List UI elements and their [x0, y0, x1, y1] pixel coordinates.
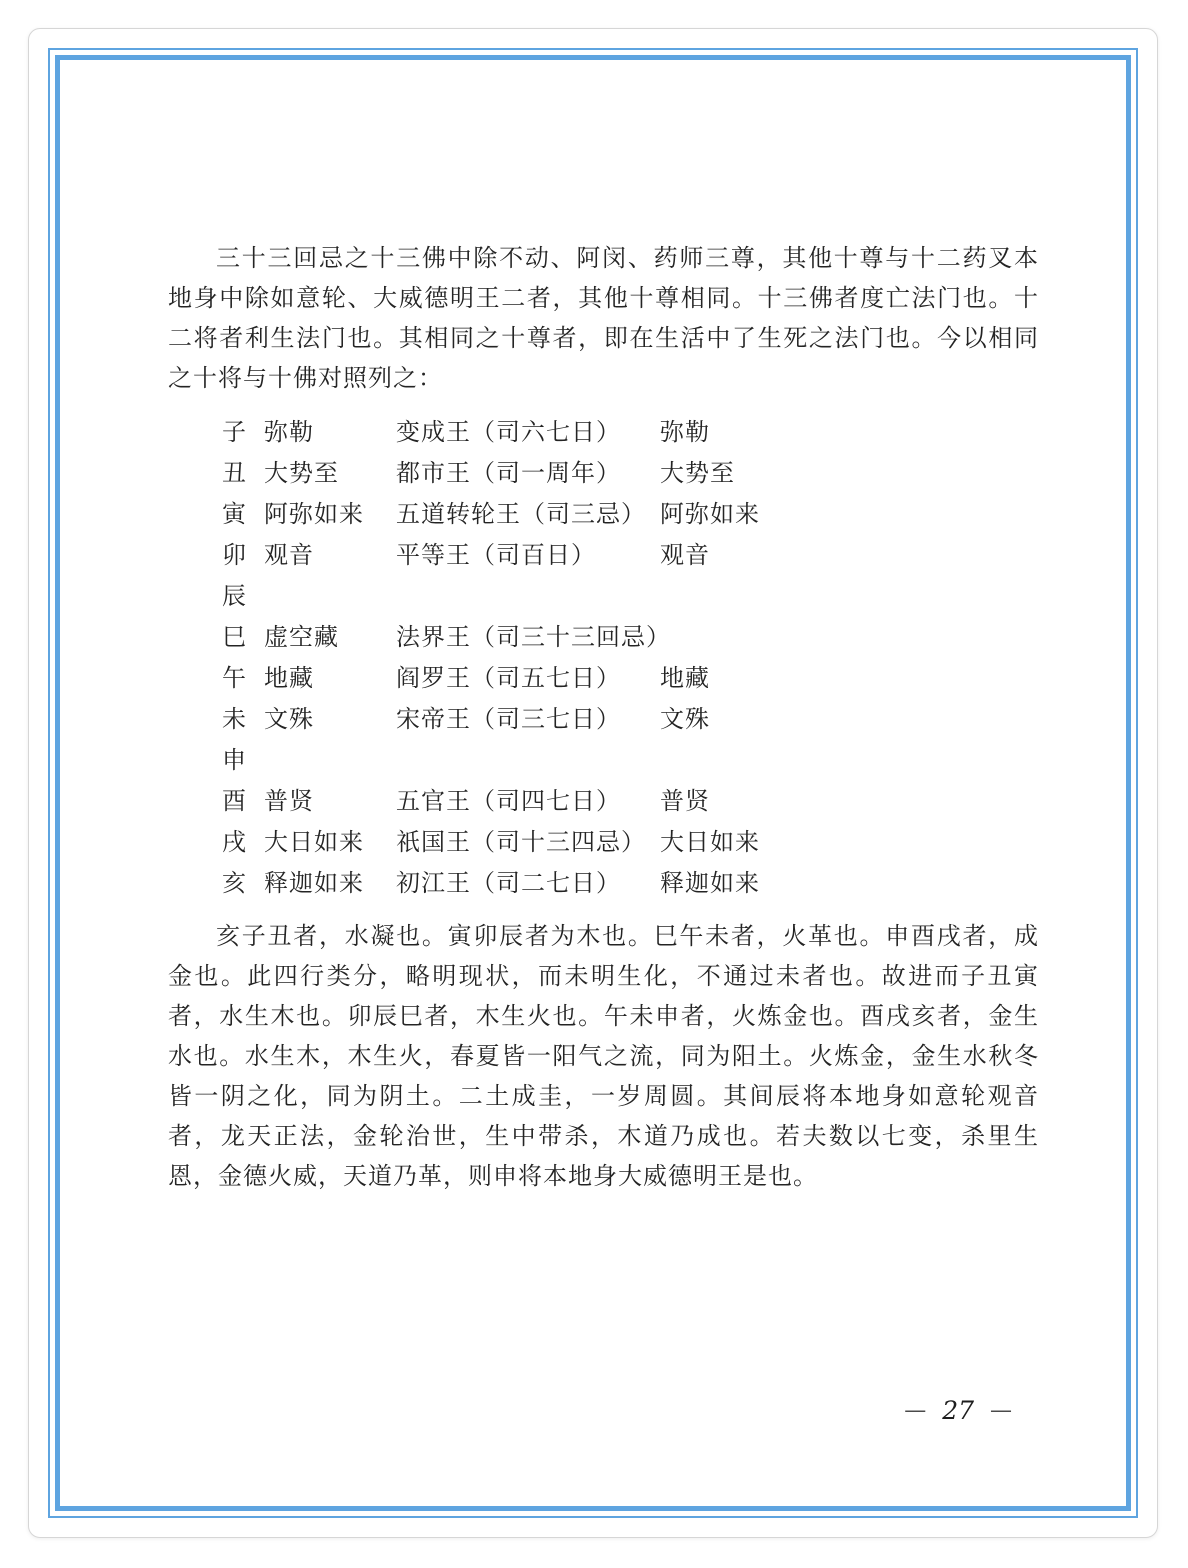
- cell-deity: 观音: [264, 535, 396, 576]
- table-row: 寅 阿弥如来 五道转轮王（司三忌） 阿弥如来: [168, 494, 1039, 535]
- cell-king: 五官王（司四七日）: [396, 781, 660, 822]
- table-row: 辰: [168, 576, 1039, 617]
- decorative-frame-inner: 三十三回忌之十三佛中除不动、阿闵、药师三尊，其他十尊与十二药叉本地身中除如意轮、…: [55, 55, 1131, 1511]
- scanned-book-page: 三十三回忌之十三佛中除不动、阿闵、药师三尊，其他十尊与十二药叉本地身中除如意轮、…: [0, 0, 1188, 1568]
- cell-deity-right: 大日如来: [660, 822, 1039, 863]
- cell-deity: 大势至: [264, 453, 396, 494]
- cell-deity: 大日如来: [264, 822, 396, 863]
- paragraph-intro: 三十三回忌之十三佛中除不动、阿闵、药师三尊，其他十尊与十二药叉本地身中除如意轮、…: [168, 238, 1039, 398]
- table-row: 酉 普贤 五官王（司四七日） 普贤: [168, 781, 1039, 822]
- cell-deity-right: 大势至: [660, 453, 1039, 494]
- cell-deity: 地藏: [264, 658, 396, 699]
- cell-king: 初江王（司二七日）: [396, 863, 660, 904]
- table-row: 卯 观音 平等王（司百日） 观音: [168, 535, 1039, 576]
- cell-deity-right: 阿弥如来: [660, 494, 1039, 535]
- cell-king: 祇国王（司十三四忌）: [396, 822, 660, 863]
- cell-branch: 戌: [222, 822, 264, 863]
- table-row: 未 文殊 宋帝王（司三七日） 文殊: [168, 699, 1039, 740]
- cell-deity: 普贤: [264, 781, 396, 822]
- cell-king: [396, 576, 660, 617]
- cell-branch: 丑: [222, 453, 264, 494]
- page-body: 三十三回忌之十三佛中除不动、阿闵、药师三尊，其他十尊与十二药叉本地身中除如意轮、…: [60, 60, 1126, 1506]
- decorative-frame-outer: 三十三回忌之十三佛中除不动、阿闵、药师三尊，其他十尊与十二药叉本地身中除如意轮、…: [48, 48, 1138, 1518]
- cell-king: 阎罗王（司五七日）: [396, 658, 660, 699]
- cell-deity-right: 弥勒: [660, 412, 1039, 453]
- cell-deity: [264, 740, 396, 781]
- cell-deity: 阿弥如来: [264, 494, 396, 535]
- cell-deity: 文殊: [264, 699, 396, 740]
- cell-branch: 寅: [222, 494, 264, 535]
- cell-branch: 辰: [222, 576, 264, 617]
- cell-king: 变成王（司六七日）: [396, 412, 660, 453]
- cell-deity-right: [660, 576, 1039, 617]
- cell-branch: 酉: [222, 781, 264, 822]
- table-row: 子 弥勒 变成王（司六七日） 弥勒: [168, 412, 1039, 453]
- cell-king: 法界王（司三十三回忌）: [396, 617, 660, 658]
- cell-branch: 巳: [222, 617, 264, 658]
- cell-deity-right: [660, 617, 1039, 658]
- cell-branch: 卯: [222, 535, 264, 576]
- cell-branch: 未: [222, 699, 264, 740]
- cell-king: 都市王（司一周年）: [396, 453, 660, 494]
- cell-deity: 弥勒: [264, 412, 396, 453]
- cell-deity-right: 普贤: [660, 781, 1039, 822]
- cell-deity: [264, 576, 396, 617]
- cell-deity-right: 观音: [660, 535, 1039, 576]
- cell-deity-right: [660, 740, 1039, 781]
- table-row: 丑 大势至 都市王（司一周年） 大势至: [168, 453, 1039, 494]
- footer-dash-left: —: [904, 1398, 926, 1423]
- cell-king: 五道转轮王（司三忌）: [396, 494, 660, 535]
- table-row: 午 地藏 阎罗王（司五七日） 地藏: [168, 658, 1039, 699]
- page-footer: — 27 —: [904, 1396, 1012, 1425]
- cell-deity-right: 释迦如来: [660, 863, 1039, 904]
- table-row: 巳 虚空藏 法界王（司三十三回忌）: [168, 617, 1039, 658]
- cell-branch: 午: [222, 658, 264, 699]
- cell-deity: 释迦如来: [264, 863, 396, 904]
- cell-branch: 子: [222, 412, 264, 453]
- cell-deity: 虚空藏: [264, 617, 396, 658]
- table-row: 亥 释迦如来 初江王（司二七日） 释迦如来: [168, 863, 1039, 904]
- cell-deity-right: 文殊: [660, 699, 1039, 740]
- page-card: 三十三回忌之十三佛中除不动、阿闵、药师三尊，其他十尊与十二药叉本地身中除如意轮、…: [28, 28, 1158, 1538]
- table-row: 申: [168, 740, 1039, 781]
- cell-deity-right: 地藏: [660, 658, 1039, 699]
- paragraph-five-elements: 亥子丑者，水凝也。寅卯辰者为木也。巳午未者，火革也。申酉戌者，成金也。此四行类分…: [168, 916, 1039, 1196]
- cell-branch: 亥: [222, 863, 264, 904]
- correspondence-table: 子 弥勒 变成王（司六七日） 弥勒 丑 大势至 都市王（司一周年） 大势至: [168, 412, 1039, 904]
- cell-branch: 申: [222, 740, 264, 781]
- footer-dash-right: —: [990, 1398, 1012, 1423]
- cell-king: 平等王（司百日）: [396, 535, 660, 576]
- cell-king: [396, 740, 660, 781]
- page-number: 27: [942, 1396, 974, 1425]
- cell-king: 宋帝王（司三七日）: [396, 699, 660, 740]
- table-row: 戌 大日如来 祇国王（司十三四忌） 大日如来: [168, 822, 1039, 863]
